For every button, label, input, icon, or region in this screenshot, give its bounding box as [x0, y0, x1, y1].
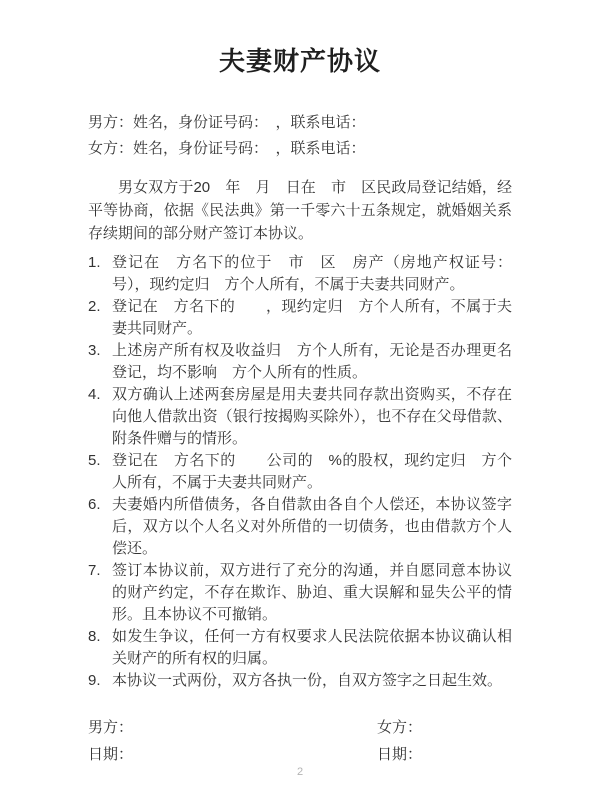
signature-male-date-label: 日期： [88, 741, 377, 768]
clause-number: 7. [88, 560, 112, 582]
clause-text: 签订本协议前，双方进行了充分的沟通，并自愿同意本协议的财产约定，不存在欺诈、胁迫… [112, 560, 512, 626]
clause-item-3: 3.上述房产所有权及收益归 方个人所有，无论是否办理更名登记，均不影响 方个人所… [88, 340, 512, 384]
parties-section: 男方：姓名，身份证号码： ，联系电话： 女方：姓名，身份证号码： ，联系电话： [88, 110, 512, 162]
clause-item-4: 4.双方确认上述两套房屋是用夫妻共同存款出资购买，不存在向他人借款出资（银行按揭… [88, 384, 512, 450]
clause-number: 3. [88, 340, 112, 362]
clause-text: 双方确认上述两套房屋是用夫妻共同存款出资购买，不存在向他人借款出资（银行按揭购买… [112, 384, 512, 450]
signature-female-label: 女方： [377, 714, 512, 741]
clause-text: 本协议一式两份，双方各执一份，自双方签字之日起生效。 [112, 670, 512, 692]
clause-item-2: 2.登记在 方名下的 ，现约定归 方个人所有，不属于夫妻共同财产。 [88, 296, 512, 340]
clause-number: 9. [88, 670, 112, 692]
party-line-male: 男方：姓名，身份证号码： ，联系电话： [88, 110, 512, 136]
clause-number: 6. [88, 494, 112, 516]
clause-number: 1. [88, 252, 112, 274]
clause-number: 4. [88, 384, 112, 406]
clause-list: 1.登记在 方名下的位于 市 区 房产（房地产权证号：号），现约定归 方个人所有… [88, 252, 512, 692]
page-number: 2 [0, 766, 600, 778]
clause-text: 夫妻婚内所借债务，各自借款由各自个人偿还，本协议签字后，双方以个人名义对外所借的… [112, 494, 512, 560]
signature-female-date-label: 日期： [377, 741, 512, 768]
clause-number: 2. [88, 296, 112, 318]
clause-text: 上述房产所有权及收益归 方个人所有，无论是否办理更名登记，均不影响 方个人所有的… [112, 340, 512, 384]
clause-item-5: 5.登记在 方名下的 公司的 %的股权，现约定归 方个人所有，不属于夫妻共同财产… [88, 450, 512, 494]
clause-number: 5. [88, 450, 112, 472]
clause-text: 登记在 方名下的 公司的 %的股权，现约定归 方个人所有，不属于夫妻共同财产。 [112, 450, 512, 494]
signature-male-label: 男方： [88, 714, 377, 741]
clause-item-8: 8.如发生争议，任何一方有权要求人民法院依据本协议确认相关财产的所有权的归属。 [88, 626, 512, 670]
clause-item-9: 9.本协议一式两份，双方各执一份，自双方签字之日起生效。 [88, 670, 512, 692]
clause-text: 登记在 方名下的 ，现约定归 方个人所有，不属于夫妻共同财产。 [112, 296, 512, 340]
clause-text: 如发生争议，任何一方有权要求人民法院依据本协议确认相关财产的所有权的归属。 [112, 626, 512, 670]
clause-item-7: 7.签订本协议前，双方进行了充分的沟通，并自愿同意本协议的财产约定，不存在欺诈、… [88, 560, 512, 626]
signature-section: 男方： 女方： 日期： 日期： [88, 714, 512, 768]
intro-paragraph: 男女双方于20 年 月 日在 市 区民政局登记结婚，经平等协商，依据《民法典》第… [88, 176, 512, 245]
document-page: 夫妻财产协议 男方：姓名，身份证号码： ，联系电话： 女方：姓名，身份证号码： … [0, 0, 600, 800]
clause-text: 登记在 方名下的位于 市 区 房产（房地产权证号：号），现约定归 方个人所有，不… [112, 252, 512, 296]
party-line-female: 女方：姓名，身份证号码： ，联系电话： [88, 136, 512, 162]
document-title: 夫妻财产协议 [88, 44, 512, 78]
clause-item-6: 6.夫妻婚内所借债务，各自借款由各自个人偿还，本协议签字后，双方以个人名义对外所… [88, 494, 512, 560]
clause-item-1: 1.登记在 方名下的位于 市 区 房产（房地产权证号：号），现约定归 方个人所有… [88, 252, 512, 296]
clause-number: 8. [88, 626, 112, 648]
